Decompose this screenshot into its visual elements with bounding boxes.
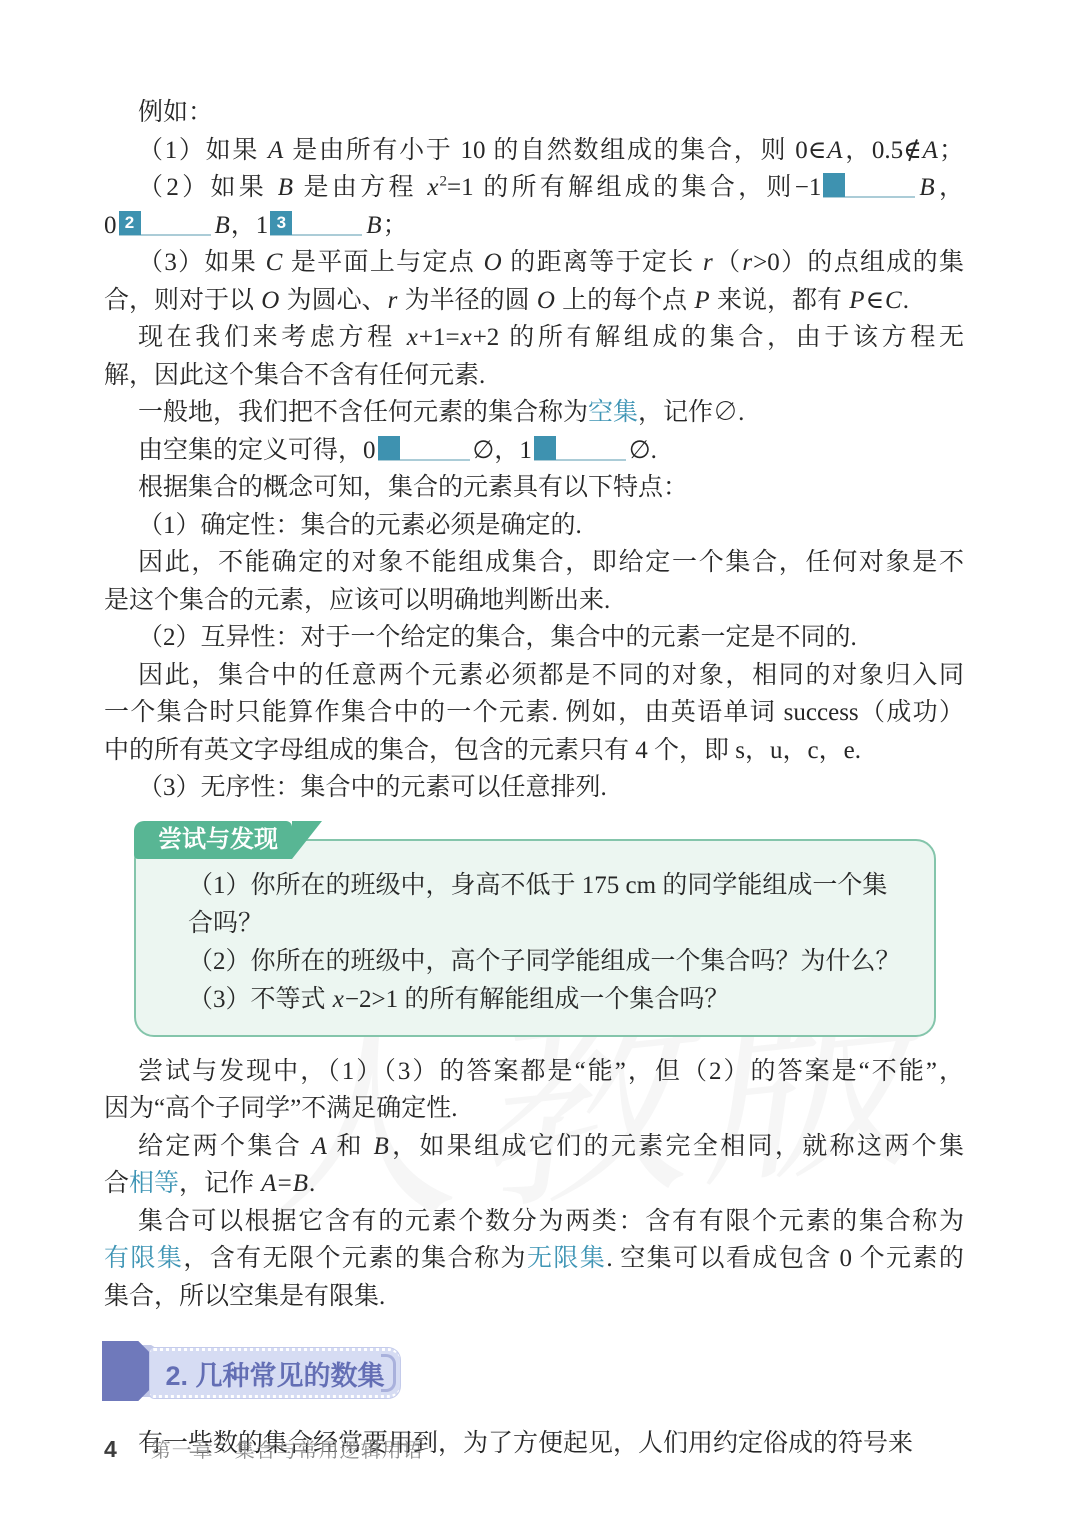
text-line: 有限集，含有无限个元素的集合称为无限集. 空集可以看成包含 0 个元素的 xyxy=(104,1240,964,1278)
keyword-term: 有限集 xyxy=(104,1245,183,1272)
text-line: 给定两个集合 A 和 B，如果组成它们的元素完全相同，就称这两个集 xyxy=(104,1128,964,1166)
chapter-title: 第一章 集合与常用逻辑用语 xyxy=(151,1434,424,1463)
text-line: （3）不等式 x−2>1 的所有解能组成一个集合吗？ xyxy=(188,981,904,1019)
blank-marker-3[interactable]: 3 xyxy=(270,214,362,236)
text-line: 一个集合时只能算作集合中的一个元素. 例如，由英语单词 success（成功） xyxy=(104,694,964,732)
blank-number: 3 xyxy=(270,211,292,235)
text-line: 因此，集合中的任意两个元素必须都是不同的对象，相同的对象归入同 xyxy=(104,657,964,695)
try-box-lines: （1）你所在的班级中，身高不低于 175 cm 的同学能组成一个集合吗？（2）你… xyxy=(188,867,904,1019)
text-line: （3）如果 C 是平面上与定点 O 的距离等于定长 r（r>0）的点组成的集 xyxy=(104,244,964,282)
keyword-term: 无限集 xyxy=(527,1245,606,1272)
try-discover-body: （1）你所在的班级中，身高不低于 175 cm 的同学能组成一个集合吗？（2）你… xyxy=(134,839,936,1037)
text-line: 是这个集合的元素，应该可以明确地判断出来. xyxy=(104,582,964,620)
blank-number: 1 xyxy=(823,173,845,197)
keyword-term: 相等 xyxy=(129,1170,179,1197)
text-line: 解，因此这个集合不含有任何元素. xyxy=(104,357,964,395)
text-line: （2）互异性：对于一个给定的集合，集合中的元素一定是不同的. xyxy=(104,619,964,657)
blank-marker-5[interactable]: 5 xyxy=(534,439,626,461)
text-line: 例如： xyxy=(104,94,964,132)
blank-number: 5 xyxy=(534,436,556,460)
text-line: 中的所有英文字母组成的集合，包含的元素只有 4 个，即 s，u，c，e. xyxy=(104,732,964,770)
text-line: 根据集合的概念可知，集合的元素具有以下特点： xyxy=(104,469,964,507)
try-discover-tab: 尝试与发现 xyxy=(134,821,292,859)
text-line: 因为“高个子同学”不满足确定性. xyxy=(104,1090,964,1128)
page-content: 例如：（1）如果 A 是由所有小于 10 的自然数组成的集合，则 0∈A，0.5… xyxy=(104,94,964,1463)
text-line: 合，则对于以 O 为圆心、r 为半径的圆 O 上的每个点 P 来说，都有 P∈C… xyxy=(104,282,964,320)
text-line: 合相等，记作 A=B. xyxy=(104,1165,964,1203)
blank-number: 4 xyxy=(378,436,400,460)
page-footer: 4 第一章 集合与常用逻辑用语 xyxy=(104,1434,424,1463)
try-discover-box: 尝试与发现 （1）你所在的班级中，身高不低于 175 cm 的同学能组成一个集合… xyxy=(134,821,936,1037)
text-line: 集合可以根据它含有的元素个数分为两类：含有有限个元素的集合称为 xyxy=(104,1203,964,1241)
text-line: 由空集的定义可得，04∅，15∅. xyxy=(104,432,964,470)
middle-paragraphs: 尝试与发现中，（1）（3）的答案都是“能”，但（2）的答案是“不能”，因为“高个… xyxy=(104,1053,964,1316)
blank-marker-2[interactable]: 2 xyxy=(119,214,211,236)
section-badge-label: 2. 几种常见的数集 xyxy=(165,1354,384,1393)
blank-number: 2 xyxy=(119,211,141,235)
intro-paragraphs: 例如：（1）如果 A 是由所有小于 10 的自然数组成的集合，则 0∈A，0.5… xyxy=(104,94,964,807)
blank-marker-4[interactable]: 4 xyxy=(378,439,470,461)
page-number: 4 xyxy=(104,1436,117,1463)
text-line: 一般地，我们把不含任何元素的集合称为空集，记作∅. xyxy=(104,394,964,432)
text-line: 集合，所以空集是有限集. xyxy=(104,1278,964,1316)
textbook-page: 人教版 ® 例如：（1）如果 A 是由所有小于 10 的自然数组成的集合，则 0… xyxy=(0,0,1080,1526)
text-line: 02B，13B； xyxy=(104,207,964,245)
section-badge-box: 2. 几种常见的数集 xyxy=(150,1348,400,1398)
text-line: （2）如果 B 是由方程 x2=1 的所有解组成的集合，则−11B， xyxy=(104,169,964,207)
blank-marker-1[interactable]: 1 xyxy=(823,176,915,198)
text-line: （1）你所在的班级中，身高不低于 175 cm 的同学能组成一个集合吗？ xyxy=(188,867,904,943)
text-line: （1）如果 A 是由所有小于 10 的自然数组成的集合，则 0∈A，0.5∉A； xyxy=(104,132,964,170)
keyword-term: 空集 xyxy=(588,399,638,426)
text-line: 现在我们来考虑方程 x+1=x+2 的所有解组成的集合，由于该方程无 xyxy=(104,319,964,357)
text-line: （3）无序性：集合中的元素可以任意排列. xyxy=(104,769,964,807)
text-line: 尝试与发现中，（1）（3）的答案都是“能”，但（2）的答案是“不能”， xyxy=(104,1053,964,1091)
text-line: （1）确定性：集合的元素必须是确定的. xyxy=(104,507,964,545)
section-badge: 2. 几种常见的数集 xyxy=(104,1341,964,1403)
try-discover-label: 尝试与发现 xyxy=(158,826,278,853)
text-line: （2）你所在的班级中，高个子同学能组成一个集合吗？为什么？ xyxy=(188,943,904,981)
text-line: 因此，不能确定的对象不能组成集合，即给定一个集合，任何对象是不 xyxy=(104,544,964,582)
